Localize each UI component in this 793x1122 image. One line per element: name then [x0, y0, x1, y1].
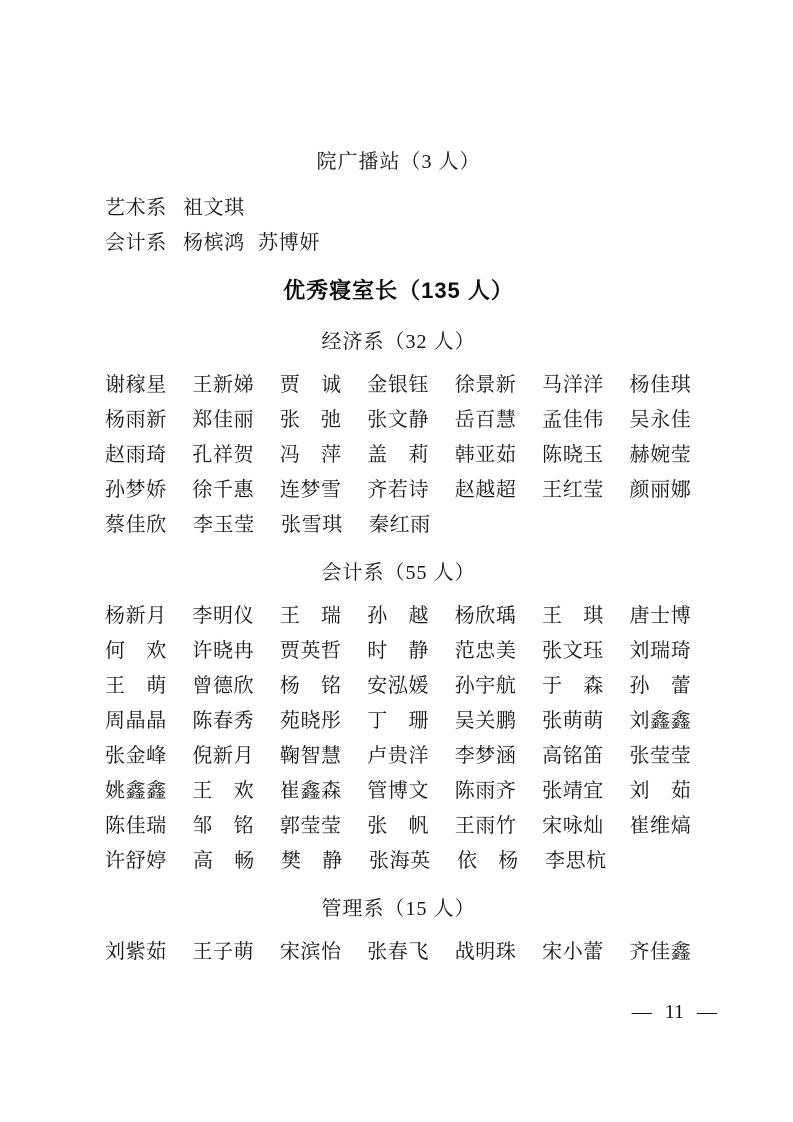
person-name: 刘紫茹: [105, 942, 167, 962]
person-name: 张靖宜: [542, 781, 604, 801]
dorm-leaders-subsections: 经济系（32 人）谢稼星王新娣贾 诚金银钰徐景新马洋洋杨佳琪杨雨新郑佳丽张 弛张…: [105, 330, 692, 962]
person-name: 宋滨怡: [280, 942, 342, 962]
person-name: 王 琪: [542, 606, 604, 626]
person-name: 张雪琪: [281, 515, 344, 535]
person-name: 孟佳伟: [542, 410, 604, 430]
name-row: 姚鑫鑫王 欢崔鑫森管博文陈雨齐张靖宜刘 茹: [105, 781, 692, 801]
person-name: 王 瑞: [280, 606, 342, 626]
subsection-title: 经济系（32 人）: [105, 330, 692, 354]
person-name: 吴永佳: [630, 410, 692, 430]
subsection-title: 管理系（15 人）: [105, 897, 692, 921]
broadcast-dept-rows: 艺术系祖文琪会计系杨槟鸿苏博妍: [105, 198, 692, 253]
person-name: 王新娣: [192, 375, 254, 395]
name-row: 孙梦娇徐千惠连梦雪齐若诗赵越超王红莹颜丽娜: [105, 480, 692, 500]
person-name: 贾 诚: [280, 375, 342, 395]
person-name: 徐千惠: [192, 480, 254, 500]
person-name: 崔鑫森: [280, 781, 342, 801]
person-name: 连梦雪: [280, 480, 342, 500]
person-name: 郭莹莹: [280, 816, 342, 836]
person-name: 唐士博: [630, 606, 692, 626]
name-row: 何 欢许晓冉贾英哲时 静范忠美张文珏刘瑞琦: [105, 641, 692, 661]
person-name: 张 弛: [280, 410, 342, 430]
person-name: 张萌萌: [542, 711, 604, 731]
person-name: 秦红雨: [369, 515, 432, 535]
person-name: 张海英: [369, 851, 432, 871]
person-name: 高 畅: [193, 851, 256, 871]
person-name: 时 静: [367, 641, 429, 661]
person-name: 王红莹: [542, 480, 604, 500]
person-name: 齐佳鑫: [630, 942, 692, 962]
person-name: 管博文: [367, 781, 429, 801]
footer-right-dash: —: [697, 1001, 717, 1023]
person-name: 周晶晶: [105, 711, 167, 731]
name-row: 杨雨新郑佳丽张 弛张文静岳百慧孟佳伟吴永佳: [105, 410, 692, 430]
person-name: 杨佳琪: [630, 375, 692, 395]
person-name: 赫婉莹: [630, 445, 692, 465]
dept-label: 会计系: [105, 233, 171, 253]
broadcast-section-title: 院广播站（3 人）: [105, 150, 692, 174]
person-name: 卢贵洋: [367, 746, 429, 766]
person-name: 宋小蕾: [542, 942, 604, 962]
person-name: 张金峰: [105, 746, 167, 766]
name-row: 王 萌曾德欣杨 铭安泓媛孙宇航于 森孙 蕾: [105, 676, 692, 696]
person-name: 孙宇航: [455, 676, 517, 696]
person-name: 韩亚茹: [455, 445, 517, 465]
person-name: 郑佳丽: [192, 410, 254, 430]
person-name: 张文静: [367, 410, 429, 430]
person-name: 姚鑫鑫: [105, 781, 167, 801]
name-row: 周晶晶陈春秀苑晓彤丁 珊吴关鹏张萌萌刘鑫鑫: [105, 711, 692, 731]
person-name: 宋咏灿: [542, 816, 604, 836]
person-name: 倪新月: [192, 746, 254, 766]
person-name: 鞠智慧: [280, 746, 342, 766]
name-row: 刘紫茹王子萌宋滨怡张春飞战明珠宋小蕾齐佳鑫: [105, 942, 692, 962]
person-name: 陈晓玉: [542, 445, 604, 465]
person-name: 陈雨齐: [455, 781, 517, 801]
person-name: 张春飞: [367, 942, 429, 962]
name-row: 张金峰倪新月鞠智慧卢贵洋李梦涵高铭笛张莹莹: [105, 746, 692, 766]
person-name: 王雨竹: [455, 816, 517, 836]
person-name: 杨槟鸿: [183, 233, 246, 253]
person-name: 范忠美: [455, 641, 517, 661]
person-name: 杨欣瑀: [455, 606, 517, 626]
person-name: 战明珠: [455, 942, 517, 962]
person-name: 齐若诗: [367, 480, 429, 500]
person-name: 依 杨: [457, 851, 520, 871]
name-row: 杨新月李明仪王 瑞孙 越杨欣瑀王 琪唐士博: [105, 606, 692, 626]
dept-label: 艺术系: [105, 198, 171, 218]
dorm-leaders-title: 优秀寝室长（135 人）: [105, 278, 692, 304]
person-name: 杨新月: [105, 606, 167, 626]
name-row: 许舒婷高 畅樊 静张海英依 杨李思杭: [105, 851, 692, 871]
person-name: 陈春秀: [192, 711, 254, 731]
person-name: 张 帆: [367, 816, 429, 836]
person-name: 杨 铭: [280, 676, 342, 696]
person-name: 张文珏: [542, 641, 604, 661]
person-name: 张莹莹: [630, 746, 692, 766]
person-name: 曾德欣: [192, 676, 254, 696]
person-name: 王 萌: [105, 676, 167, 696]
person-name: 苏博妍: [258, 233, 321, 253]
dept-row: 会计系杨槟鸿苏博妍: [105, 233, 692, 253]
person-name: 于 森: [542, 676, 604, 696]
person-name: 盖 莉: [367, 445, 429, 465]
person-name: 孙 越: [367, 606, 429, 626]
person-name: 徐景新: [455, 375, 517, 395]
person-name: 贾英哲: [280, 641, 342, 661]
person-name: 孔祥贺: [192, 445, 254, 465]
page-footer: — 11 —: [632, 1001, 717, 1023]
name-row: 蔡佳欣李玉莹张雪琪秦红雨: [105, 515, 692, 535]
person-name: 岳百慧: [455, 410, 517, 430]
person-name: 蔡佳欣: [105, 515, 168, 535]
person-name: 李玉莹: [193, 515, 256, 535]
person-name: 苑晓彤: [280, 711, 342, 731]
person-name: 孙 蕾: [630, 676, 692, 696]
person-name: 祖文琪: [183, 198, 246, 218]
person-name: 安泓媛: [367, 676, 429, 696]
footer-left-dash: —: [632, 1001, 652, 1023]
person-name: 王 欢: [192, 781, 254, 801]
person-name: 颜丽娜: [630, 480, 692, 500]
dept-row: 艺术系祖文琪: [105, 198, 692, 218]
person-name: 刘鑫鑫: [630, 711, 692, 731]
name-row: 谢稼星王新娣贾 诚金银钰徐景新马洋洋杨佳琪: [105, 375, 692, 395]
person-name: 樊 静: [281, 851, 344, 871]
person-name: 李思杭: [545, 851, 608, 871]
page-number: 11: [665, 1001, 684, 1023]
subsection-title: 会计系（55 人）: [105, 561, 692, 585]
document-page: 院广播站（3 人） 艺术系祖文琪会计系杨槟鸿苏博妍 优秀寝室长（135 人） 经…: [0, 0, 793, 1122]
name-row: 赵雨琦孔祥贺冯 萍盖 莉韩亚茹陈晓玉赫婉莹: [105, 445, 692, 465]
person-name: 吴关鹏: [455, 711, 517, 731]
person-name: 刘 茹: [630, 781, 692, 801]
person-name: 金银钰: [367, 375, 429, 395]
person-name: 谢稼星: [105, 375, 167, 395]
person-name: 丁 珊: [367, 711, 429, 731]
name-row: 陈佳瑞邹 铭郭莹莹张 帆王雨竹宋咏灿崔维熇: [105, 816, 692, 836]
person-name: 王子萌: [192, 942, 254, 962]
person-name: 何 欢: [105, 641, 167, 661]
person-name: 刘瑞琦: [630, 641, 692, 661]
person-name: 赵越超: [455, 480, 517, 500]
person-name: 孙梦娇: [105, 480, 167, 500]
person-name: 邹 铭: [192, 816, 254, 836]
person-name: 杨雨新: [105, 410, 167, 430]
person-name: 许晓冉: [192, 641, 254, 661]
person-name: 冯 萍: [280, 445, 342, 465]
person-name: 许舒婷: [105, 851, 168, 871]
person-name: 李明仪: [192, 606, 254, 626]
person-name: 陈佳瑞: [105, 816, 167, 836]
person-name: 崔维熇: [630, 816, 692, 836]
person-name: 李梦涵: [455, 746, 517, 766]
person-name: 马洋洋: [542, 375, 604, 395]
person-name: 高铭笛: [542, 746, 604, 766]
person-name: 赵雨琦: [105, 445, 167, 465]
